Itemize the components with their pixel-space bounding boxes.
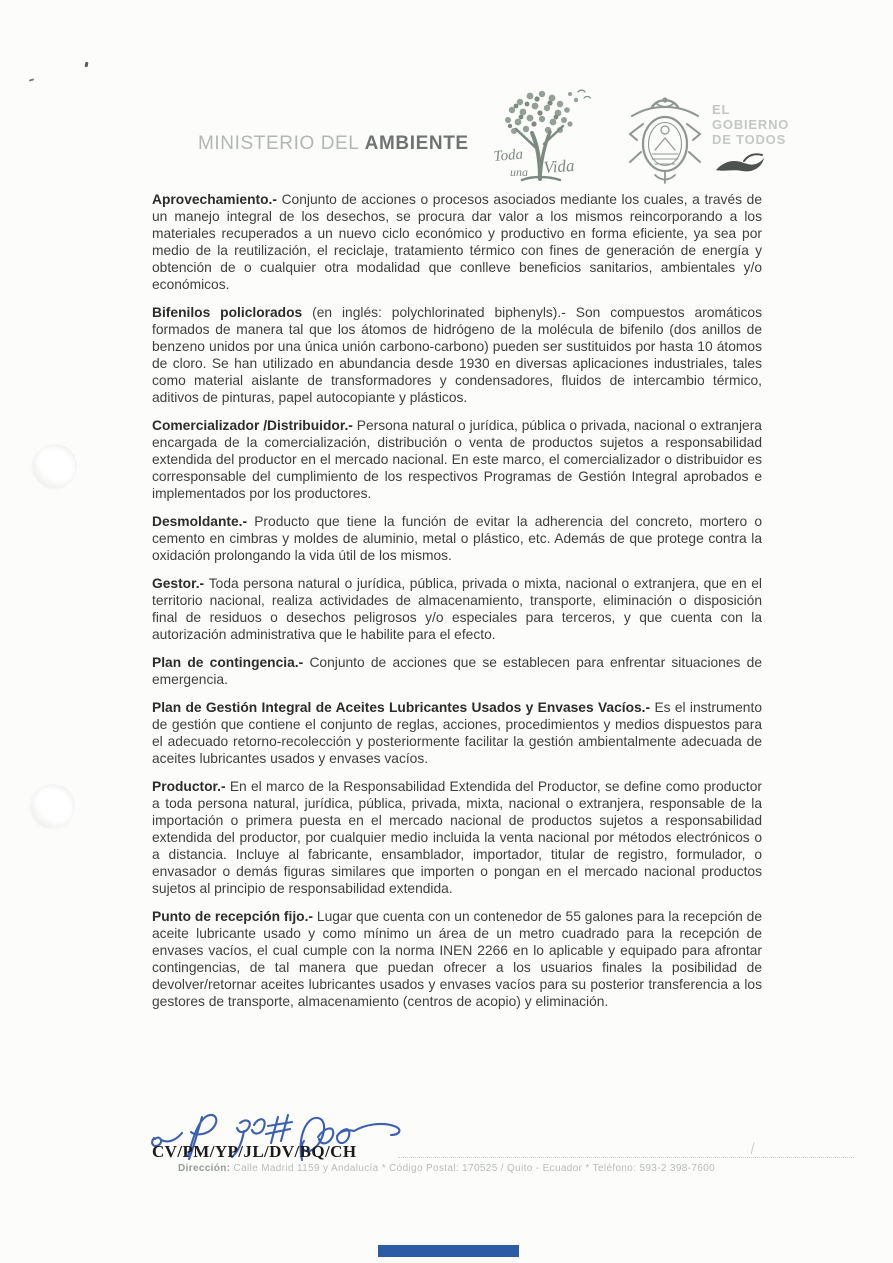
ministry-wordmark-bold: AMBIENTE [365,133,469,154]
definition-body: Toda persona natural o jurídica, pública… [152,576,762,642]
tree-caption-una: una [510,165,528,179]
definition-term: Productor.- [152,779,230,794]
ecuador-coat-of-arms-icon [622,92,710,188]
definition-body: (en inglés: polychlorinated biphenyls).-… [152,305,762,405]
footer-address-text: Calle Madrid 1159 y Andalucía * Código P… [234,1163,715,1174]
definition-paragraph: Productor.- En el marco de la Responsabi… [152,778,762,897]
definition-paragraph: Desmoldante.- Producto que tiene la func… [152,513,762,564]
responsibility-initials: CV/PM/YP/JL/DV/BQ/CH [152,1142,356,1162]
definition-term: Gestor.- [152,576,209,591]
definition-paragraph: Gestor.- Toda persona natural o jurídica… [152,575,762,643]
slogan-line-1: EL [712,102,802,117]
scan-speck [29,78,34,81]
tree-caption-vida: Vida [543,156,575,177]
footer-address-label: Dirección: [178,1163,230,1174]
definition-body: En el marco de la Responsabilidad Extend… [152,779,762,896]
definition-paragraph: Aprovechamiento.- Conjunto de acciones o… [152,191,762,293]
definition-paragraph: Plan de contingencia.- Conjunto de accio… [152,654,762,688]
definition-term: Punto de recepción fijo.- [152,909,317,924]
tree-caption-toda: Toda [493,146,524,165]
definition-term: Plan de Gestión Integral de Aceites Lubr… [152,700,654,715]
scanned-document-page: MINISTERIO DEL AMBIENTE [0,0,893,1263]
footer-dotted-rule [398,1157,854,1158]
toda-una-vida-tree-icon: Toda una Vida [490,86,592,186]
slogan-line-2: GOBIERNO [712,117,802,132]
footer-faint-mark [751,1142,763,1156]
footer-address: Dirección: Calle Madrid 1159 y Andalucía… [178,1163,715,1174]
bottom-blue-bar [378,1245,519,1257]
punch-hole [31,784,75,828]
definition-body: Lugar que cuenta con un contenedor de 55… [152,909,762,1009]
definition-paragraph: Bifenilos policlorados (en inglés: polyc… [152,304,762,406]
definition-term: Bifenilos policlorados [152,305,312,320]
punch-hole [33,444,77,488]
definition-term: Comercializador /Distribuidor.- [152,418,357,433]
condor-flourish-icon [714,152,766,176]
government-slogan: EL GOBIERNO DE TODOS [712,102,802,147]
definition-body: Conjunto de acciones o procesos asociado… [152,192,762,292]
definition-term: Aprovechamiento.- [152,192,282,207]
definition-paragraph: Plan de Gestión Integral de Aceites Lubr… [152,699,762,767]
definition-paragraph: Punto de recepción fijo.- Lugar que cuen… [152,908,762,1010]
ministry-wordmark: MINISTERIO DEL AMBIENTE [198,133,469,155]
ministry-wordmark-light: MINISTERIO DEL [198,133,359,154]
definition-term: Plan de contingencia.- [152,655,309,670]
slogan-line-3: DE TODOS [712,132,802,147]
definition-term: Desmoldante.- [152,514,254,529]
scan-speck [85,62,89,68]
definitions-list: Aprovechamiento.- Conjunto de acciones o… [152,191,762,1021]
definition-paragraph: Comercializador /Distribuidor.- Persona … [152,417,762,502]
